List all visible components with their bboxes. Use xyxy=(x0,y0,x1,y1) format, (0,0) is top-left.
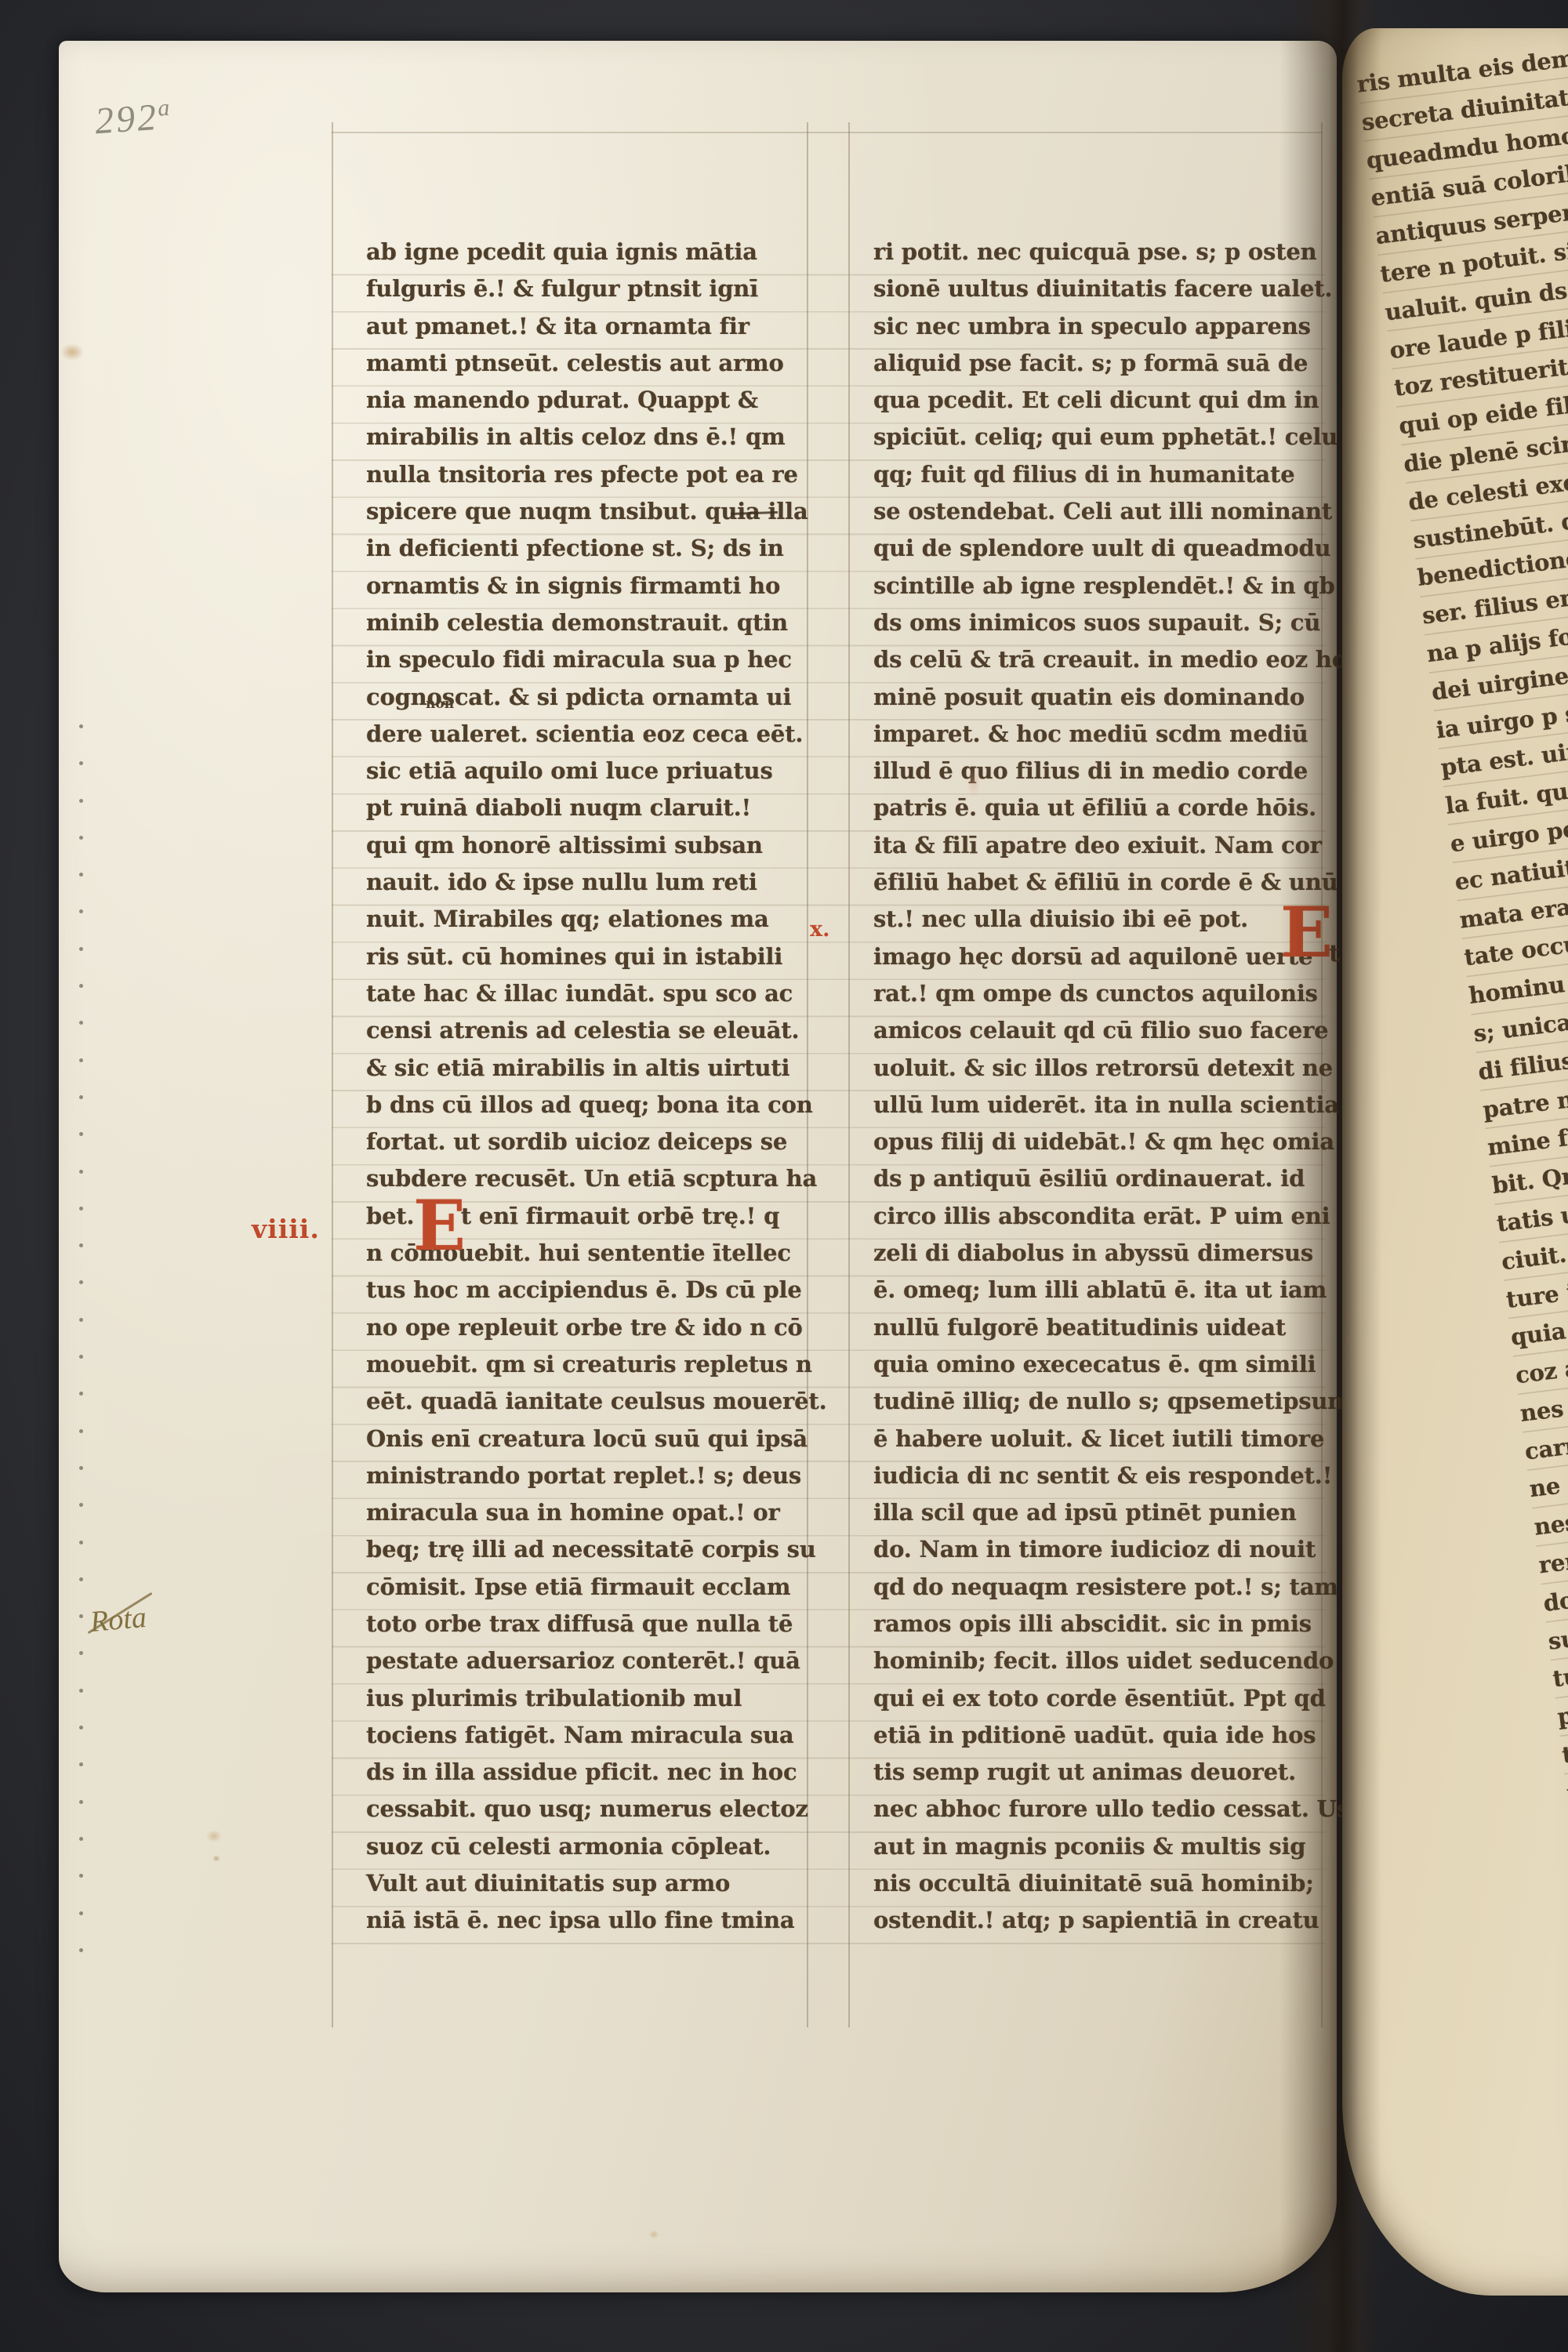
pricking-dot xyxy=(79,1503,83,1507)
manuscript-text-line: do. Nam in timore iudicioz di nouit xyxy=(873,1531,1327,1568)
parchment-stain xyxy=(60,343,84,361)
manuscript-text-line: uoluit. & sic illos retrorsū detexit ne xyxy=(873,1050,1327,1087)
manuscript-text-line: qui qm honorē altissimi subsan xyxy=(366,827,819,864)
manuscript-text-line: ds p antiquū ēsiliū ordinauerat. id xyxy=(873,1160,1327,1197)
manuscript-text-line: miracula sua in homine opat.! or xyxy=(366,1494,819,1531)
manuscript-text-line: ds in illa assidue pficit. nec in hoc xyxy=(366,1754,819,1791)
manuscript-text-line: b dns cū illos ad queq; bona ita con xyxy=(366,1087,819,1123)
manuscript-text-line: ri potit. nec quicquā pse. s; p osten xyxy=(873,234,1327,270)
manuscript-text-line: ris sūt. cū homines qui in istabili xyxy=(366,938,819,975)
manuscript-text-line: eēt. quadā ianitate ceulsus mouerēt. xyxy=(366,1383,819,1420)
pricking-dot xyxy=(79,1689,83,1693)
manuscript-text-line: qui ei ex toto corde ēsentiūt. Ppt qd xyxy=(873,1680,1327,1717)
manuscript-text-line: ius plurimis tribulationib mul xyxy=(366,1680,819,1717)
manuscript-text-line: tociens fatigēt. Nam miracula sua xyxy=(366,1717,819,1754)
pricking-dot xyxy=(79,1837,83,1841)
manuscript-text-line: mamti ptnseūt. celestis aut armo xyxy=(366,345,819,382)
manuscript-text-line: st.! nec ulla diuisio ibi eē pot. xyxy=(873,901,1327,938)
nota-text: Rota xyxy=(89,1601,147,1639)
pricking-dot xyxy=(79,1318,83,1322)
pricking-dot xyxy=(79,1170,83,1174)
left-manuscript-page: 292a ab igne pcedit quia ignis mātiafulg… xyxy=(59,41,1337,2292)
manuscript-text-line: ē. omeq; lum illi ablatū ē. ita ut iam xyxy=(873,1272,1327,1308)
manuscript-text-line: pt ruinā diaboli nuqm claruit.! xyxy=(366,789,819,826)
manuscript-text-line: aut in magnis pconiis & multis sig xyxy=(873,1828,1327,1865)
manuscript-text-line: tus hoc m accipiendus ē. Ds cū ple xyxy=(366,1272,819,1308)
pricking-dot xyxy=(79,1466,83,1470)
manuscript-text-line: tudinē illiq; de nullo s; qpsemetipsum xyxy=(873,1383,1327,1420)
manuscript-text-line: ēfiliū habet & ēfiliū in corde ē & unū xyxy=(873,864,1327,901)
pricking-dot xyxy=(79,1651,83,1655)
manuscript-text-line: sic nec umbra in speculo apparens xyxy=(873,308,1327,345)
pricking-dot xyxy=(79,1541,83,1544)
manuscript-text-line: suoz cū celesti armonia cōpleat. xyxy=(366,1828,819,1865)
pricking-dot xyxy=(79,1762,83,1766)
pricking-column xyxy=(79,724,83,1985)
manuscript-text-line: rat.! qm ompe ds cunctos aquilonis xyxy=(873,975,1327,1012)
manuscript-text-line: ramos opis illi abscidit. sic in pmis xyxy=(873,1606,1327,1642)
manuscript-text-line: circo illis abscondita erāt. P uim eni xyxy=(873,1198,1327,1235)
pricking-dot xyxy=(79,1726,83,1730)
pricking-dot xyxy=(79,1021,83,1025)
manuscript-text-line: sionē uultus diuinitatis facere ualet. xyxy=(873,270,1327,307)
pricking-dot xyxy=(79,1800,83,1804)
manuscript-text-line: tate hac & illac iundāt. spu sco ac xyxy=(366,975,819,1012)
pricking-dot xyxy=(79,1911,83,1915)
parchment-stain xyxy=(212,1855,220,1862)
pencil-foliation: 292a xyxy=(93,95,174,143)
parchment-stain xyxy=(206,1830,222,1842)
pricking-dot xyxy=(79,1355,83,1359)
text-column-2: ri potit. nec quicquā pse. s; p ostensio… xyxy=(873,234,1327,1940)
manuscript-text-line: minē posuit quatin eis dominando xyxy=(873,679,1327,716)
manuscript-text-line: in deficienti pfectione st. S; ds in xyxy=(366,530,819,567)
text-column-1: ab igne pcedit quia ignis mātiafulguris … xyxy=(366,234,819,1940)
manuscript-text-line: toto orbe trax diffusā que nulla tē xyxy=(366,1606,819,1642)
manuscript-text-line: nec abhoc furore ullo tedio cessat. Us xyxy=(873,1791,1327,1828)
pricking-dot xyxy=(79,1207,83,1210)
pricking-dot xyxy=(79,761,83,765)
pricking-dot xyxy=(79,1058,83,1062)
manuscript-text-line: aut pmanet.! & ita ornamta fir xyxy=(366,308,819,345)
manuscript-text-line: pestate aduersarioz conterēt.! quā xyxy=(366,1642,819,1679)
manuscript-text-line: fortat. ut sordib uicioz deiceps se xyxy=(366,1123,819,1160)
pricking-dot xyxy=(79,1392,83,1396)
red-initial-E-col1: E xyxy=(413,1190,466,1261)
manuscript-text-line: aliquid pse facit. s; p formā suā de xyxy=(873,345,1327,382)
manuscript-text-line: ullū lum uiderēt. ita in nulla scientia xyxy=(873,1087,1327,1123)
pricking-dot xyxy=(79,1874,83,1878)
manuscript-text-line: qua pcedit. Et celi dicunt qui dm in xyxy=(873,382,1327,419)
foliation-suffix: a xyxy=(157,95,172,122)
manuscript-text-line: quia omino exececatus ē. qm simili xyxy=(873,1346,1327,1383)
manuscript-text-line: etiā in pditionē uadūt. quia ide hos xyxy=(873,1717,1327,1754)
manuscript-text-line: cessabit. quo usq; numerus electoz xyxy=(366,1791,819,1828)
manuscript-text-line: scintille ab igne resplendēt.! & in qb xyxy=(873,568,1327,604)
manuscript-text-line: qui de splendore uult di queadmodu xyxy=(873,530,1327,567)
manuscript-text-line: & sic etiā mirabilis in altis uirtuti xyxy=(366,1050,819,1087)
manuscript-text-line: Vult aut diuinitatis sup armo xyxy=(366,1865,819,1902)
manuscript-text-line: minib celestia demonstrauit. qtin xyxy=(366,604,819,641)
photo-stage: { "page": { "foliation": { "number": "29… xyxy=(0,0,1568,2352)
manuscript-text-line: amicos celauit qd cū filio suo facere xyxy=(873,1012,1327,1049)
red-margin-mark: x. xyxy=(810,917,830,942)
manuscript-text-line: illud ē quo filius di in medio corde xyxy=(873,753,1327,789)
pricking-dot xyxy=(79,1948,83,1952)
manuscript-text-line: zeli di diabolus in abyssū dimersus xyxy=(873,1235,1327,1272)
pricking-dot xyxy=(79,724,83,728)
manuscript-text-line: niā istā ē. nec ipsa ullo fine tmina xyxy=(366,1902,819,1939)
right-page-text-fragment: ris multa eis demonstrauit. in csecreta … xyxy=(1355,28,1568,1813)
manuscript-text-line: opus filij di uidebāt.! & qm hęc omia xyxy=(873,1123,1327,1160)
red-chapter-number: viiii. xyxy=(252,1214,320,1244)
manuscript-text-line: dere ualeret. scientia eoz ceca eēt. xyxy=(366,716,819,753)
margin-nota-annotation: Rota xyxy=(89,1600,147,1639)
foliation-number: 292 xyxy=(93,96,159,143)
manuscript-text-line: iudicia di nc sentit & eis respondet.! xyxy=(873,1457,1327,1494)
parchment-stain xyxy=(648,2230,659,2239)
manuscript-text-line: beq; trę illi ad necessitatē corpis su xyxy=(366,1531,819,1568)
manuscript-text-line: censi atrenis ad celestia se eleuāt. xyxy=(366,1012,819,1049)
manuscript-text-line: ē habere uoluit. & licet iutili timore xyxy=(873,1421,1327,1457)
pricking-dot xyxy=(79,1577,83,1581)
pricking-dot xyxy=(79,799,83,803)
red-initial-letter: E xyxy=(1280,891,1333,973)
manuscript-text-line: hominib; fecit. illos uidet seducendo xyxy=(873,1642,1327,1679)
manuscript-text-line: nauit. ido & ipse nullu lum reti xyxy=(366,864,819,901)
manuscript-text-line: se ostendebat. Celi aut illi nominant xyxy=(873,493,1327,530)
vertical-rule-col2-left xyxy=(848,122,850,2027)
manuscript-text-line: nia manendo pdurat. Quappt & xyxy=(366,382,819,419)
pricking-dot xyxy=(79,947,83,951)
pricking-dot xyxy=(79,1429,83,1433)
pricking-dot xyxy=(79,836,83,840)
manuscript-text-line: imparet. & hoc mediū scdm mediū xyxy=(873,716,1327,753)
manuscript-text-line: spiciūt. celiq; qui eum pphetāt.! celu xyxy=(873,419,1327,456)
pricking-dot xyxy=(79,984,83,988)
initial-tail-letter: t xyxy=(1329,919,1340,989)
pricking-dot xyxy=(79,1280,83,1284)
manuscript-text-line: sic etiā aquilo omi luce priuatus xyxy=(366,753,819,789)
vertical-rule-col1-left xyxy=(332,122,333,2027)
manuscript-text-line: qq; fuit qd filius di in humanitate xyxy=(873,456,1327,493)
right-manuscript-page: ris multa eis demonstrauit. in csecreta … xyxy=(1342,28,1568,2296)
manuscript-text-line: fulguris ē.! & fulgur ptnsit ignī xyxy=(366,270,819,307)
red-initial-E-col2: Et xyxy=(1280,897,1333,967)
manuscript-text-line: ita & filī apatre deo exiuit. Nam cor xyxy=(873,827,1327,864)
manuscript-text-line: tis semp rugit ut animas deuoret. xyxy=(873,1754,1327,1791)
manuscript-text-line: qd do nequaqm resistere pot.! s; tam xyxy=(873,1569,1327,1606)
manuscript-text-line: imago hęc dorsū ad aquilonē uerte xyxy=(873,938,1327,975)
manuscript-text-line: ostendit.! atq; p sapientiā in creatu xyxy=(873,1902,1327,1939)
manuscript-text-line: patris ē. quia ut ēfiliū a corde hōis. xyxy=(873,789,1327,826)
manuscript-text-line: ds oms inimicos suos supauit. S; cū xyxy=(873,604,1327,641)
manuscript-text-line: mouebit. qm si creaturis repletus n xyxy=(366,1346,819,1383)
pricking-dot xyxy=(79,873,83,877)
manuscript-text-line: nulla tnsitoria res pfecte pot ea re xyxy=(366,456,819,493)
manuscript-text-line: nullū fulgorē beatitudinis uideat xyxy=(873,1309,1327,1346)
manuscript-text-line: ornamtis & in signis firmamti ho xyxy=(366,568,819,604)
interlinear-gloss: non xyxy=(426,696,454,712)
top-ruling-line xyxy=(332,132,1323,133)
manuscript-text-line: ab igne pcedit quia ignis mātia xyxy=(366,234,819,270)
pricking-dot xyxy=(79,909,83,913)
manuscript-text-line: Onis enī creatura locū suū qui ipsā xyxy=(366,1421,819,1457)
manuscript-text-line: in speculo fidi miracula sua p hec xyxy=(366,641,819,678)
pricking-dot xyxy=(79,1095,83,1099)
manuscript-text-line: ministrando portat replet.! s; deus xyxy=(366,1457,819,1494)
manuscript-text-line: no ope repleuit orbe tre & ido n cō xyxy=(366,1309,819,1346)
manuscript-text-line: nuit. Mirabiles qq; elationes ma xyxy=(366,901,819,938)
manuscript-text-line: illa scil que ad ipsū ptinēt punien xyxy=(873,1494,1327,1531)
pricking-dot xyxy=(79,1614,83,1618)
pricking-dot xyxy=(79,1243,83,1247)
manuscript-text-line: ds celū & trā creauit. in medio eoz ho xyxy=(873,641,1327,678)
pricking-dot xyxy=(79,1132,83,1136)
manuscript-text-line: cōmisit. Ipse etiā firmauit ecclam xyxy=(366,1569,819,1606)
manuscript-text-line: mirabilis in altis celoz dns ē.! qm xyxy=(366,419,819,456)
manuscript-text-line: nis occultā diuinitatē suā hominib; xyxy=(873,1865,1327,1902)
